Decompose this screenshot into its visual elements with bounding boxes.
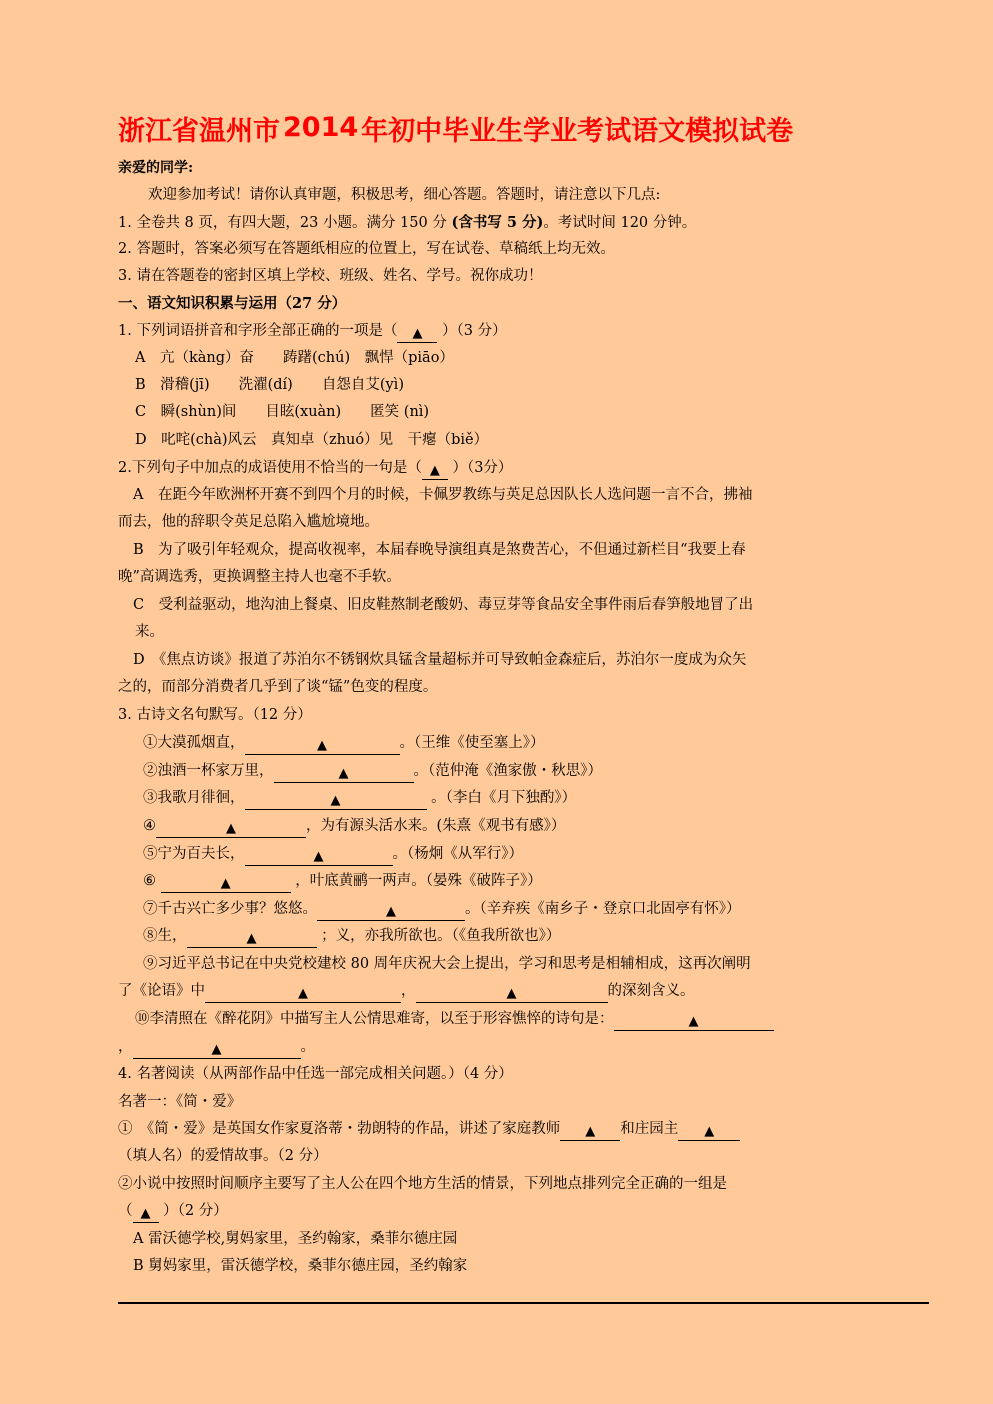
q3-item-9-line1: ⑨习近平总书记在中央党校建校 80 周年庆祝大会上提出，学习和思考是相辅相成，这… — [143, 951, 751, 978]
q3-item-4-text: ④ — [143, 818, 156, 834]
q4-sub1-line2: （填人名）的爱情故事。（2 分） — [118, 1143, 328, 1170]
q3-item-9-comma: ， — [401, 983, 416, 999]
q3-item-9-line2: 了《论语》中▲，▲的深刻含义。 — [118, 978, 695, 1005]
q3-item-3-source: 。（李白《月下独酌》） — [427, 790, 577, 806]
q2-option-b-line1: B 为了吸引年轻观众，提高收视率，本届春晚导演组真是煞费苦心，不但通过新栏目“我… — [133, 537, 746, 564]
note-1-text: 1. 全卷共 8 页，有四大题，23 小题。满分 150 分 — [118, 215, 447, 231]
q1-option-b: B 滑稽(jī) 洗濯(dí) 自怨自艾(yì) — [135, 372, 404, 399]
footer-divider — [118, 1302, 929, 1304]
title-prefix: 浙江省温州市 — [118, 116, 280, 147]
q3-item-2-text: ②浊酒一杯家万里， — [143, 763, 274, 779]
q2-stem-text: 2.下列句子中加点的成语使用不恰当的一句是（ — [118, 460, 422, 476]
q2-option-b-line2: 晚”高调选秀，更换调整主持人也毫不手软。 — [118, 564, 401, 591]
q4-sub2-answer-blank[interactable]: ▲ — [133, 1202, 159, 1223]
q4-sub1-blank-2[interactable]: ▲ — [678, 1120, 740, 1141]
q3-item-8-text: ⑧生， — [143, 928, 187, 944]
triangle-marker-icon: ▲ — [212, 1042, 222, 1057]
triangle-marker-icon: ▲ — [704, 1124, 714, 1139]
q3-item-9-tail: 的深刻含义。 — [608, 983, 695, 999]
q2-option-d-line1: D 《焦点访谈》报道了苏泊尔不锈钢炊具锰含量超标并可导致帕金森症后，苏泊尔一度成… — [133, 647, 746, 674]
q3-item-8-blank[interactable]: ▲ — [187, 927, 317, 948]
q3-item-3-blank[interactable]: ▲ — [245, 789, 427, 810]
triangle-marker-icon: ▲ — [317, 738, 327, 753]
q3-item-1: ①大漠孤烟直，▲。（王维《使至塞上》） — [143, 730, 545, 757]
q3-item-10-blank-2[interactable]: ▲ — [133, 1038, 301, 1059]
q3-item-9-blank-2[interactable]: ▲ — [416, 982, 608, 1003]
q4-work1-title: 名著一：《简・爱》 — [118, 1089, 241, 1116]
exam-page: 浙江省温州市2014年初中毕业生学业考试语文模拟试卷 亲爱的同学: 欢迎参加考试… — [0, 0, 993, 1404]
q2-option-d-line2: 之的，而部分消费者几乎到了谈“锰”色变的程度。 — [118, 674, 437, 701]
note-2: 2. 答题时，答案必须写在答题纸相应的位置上，写在试卷、草稿纸上均无效。 — [118, 236, 615, 263]
note-3: 3. 请在答题卷的密封区填上学校、班级、姓名、学号。祝你成功！ — [118, 263, 542, 290]
triangle-marker-icon: ▲ — [226, 821, 236, 836]
q4-stem: 4. 名著阅读（从两部作品中任选一部完成相关问题。）（4 分） — [118, 1061, 513, 1088]
q3-item-2-source: 。（范仲淹《渔家傲・秋思》） — [414, 763, 603, 779]
q4-sub1-text: ① 《简・爱》是英国女作家夏洛蒂・勃朗特的作品，讲述了家庭教师 — [118, 1121, 560, 1137]
triangle-marker-icon: ▲ — [221, 876, 231, 891]
q4-sub1-blank-1[interactable]: ▲ — [560, 1120, 620, 1141]
q3-item-7-text: ⑦千古兴亡多少事？悠悠。 — [143, 901, 317, 917]
q4-sub2-option-a: A 雷沃德学校,舅妈家里，圣约翰家，桑菲尔德庄园 — [133, 1226, 457, 1253]
q4-sub2-line1: ②小说中按照时间顺序主要写了主人公在四个地方生活的情景，下列地点排列完全正确的一… — [118, 1171, 727, 1198]
title-year: 2014 — [283, 112, 358, 143]
triangle-marker-icon: ▲ — [314, 849, 324, 864]
triangle-marker-icon: ▲ — [412, 326, 422, 341]
q3-item-8-source: ；义，亦我所欲也。（《鱼我所欲也》） — [317, 928, 561, 944]
q3-stem: 3. 古诗文名句默写。（12 分） — [118, 702, 312, 729]
greeting: 亲爱的同学: — [118, 155, 193, 182]
q4-sub1-line1: ① 《简・爱》是英国女作家夏洛蒂・勃朗特的作品，讲述了家庭教师▲和庄园主▲ — [118, 1116, 740, 1143]
q3-item-6-source: ，叶底黄鹂一两声。（晏殊《破阵子》） — [291, 873, 542, 889]
q3-item-1-source: 。（王维《使至塞上》） — [400, 735, 545, 751]
triangle-marker-icon: ▲ — [585, 1124, 595, 1139]
q3-item-3: ③我歌月徘徊，▲ 。（李白《月下独酌》） — [143, 785, 576, 812]
q1-answer-blank[interactable]: ▲ — [397, 322, 437, 343]
q3-item-8: ⑧生，▲ ；义，亦我所欲也。（《鱼我所欲也》） — [143, 923, 560, 950]
q3-item-7-source: 。（辛弃疾《南乡子・登京口北固亭有怀》） — [465, 901, 741, 917]
q3-item-7: ⑦千古兴亡多少事？悠悠。▲。（辛弃疾《南乡子・登京口北固亭有怀》） — [143, 896, 741, 923]
q3-item-2-blank[interactable]: ▲ — [274, 762, 414, 783]
q3-item-9-blank-1[interactable]: ▲ — [205, 982, 401, 1003]
q4-sub2-option-b: B 舅妈家里，雷沃德学校，桑菲尔德庄园，圣约翰家 — [133, 1253, 467, 1280]
q1-score: ）（3 分） — [442, 323, 507, 339]
q3-item-4-source: ，为有源头活水来。(朱熹《观书有感》） — [306, 818, 565, 834]
q3-item-9-text: 了《论语》中 — [118, 983, 205, 999]
q1-option-d: D 叱咤(chà)风云 真知卓（zhuó）见 干瘪（biě） — [135, 427, 488, 454]
q3-item-4: ④▲，为有源头活水来。(朱熹《观书有感》） — [143, 813, 565, 840]
q4-sub2-line2: （▲ ）（2 分） — [118, 1198, 228, 1225]
q1-option-c: C 瞬(shùn)间 目眩(xuàn) 匿笑 (nì) — [135, 399, 429, 426]
note-1-tail: 。考试时间 120 分钟。 — [543, 215, 696, 231]
q3-item-10-blank-1[interactable]: ▲ — [614, 1010, 774, 1031]
q3-item-2: ②浊酒一杯家万里，▲。（范仲淹《渔家傲・秋思》） — [143, 758, 602, 785]
q3-item-3-text: ③我歌月徘徊， — [143, 790, 245, 806]
triangle-marker-icon: ▲ — [331, 793, 341, 808]
q3-item-1-text: ①大漠孤烟直， — [143, 735, 245, 751]
q1-stem: 1. 下列词语拼音和字形全部正确的一项是（▲ ）（3 分） — [118, 318, 507, 345]
triangle-marker-icon: ▲ — [339, 766, 349, 781]
q3-item-1-blank[interactable]: ▲ — [245, 734, 400, 755]
q3-item-10-comma: ， — [118, 1039, 133, 1055]
q3-item-5-blank[interactable]: ▲ — [245, 845, 393, 866]
q3-item-5-text: ⑤宁为百夫长， — [143, 846, 245, 862]
q2-option-c-line1: C 受利益驱动，地沟油上餐桌、旧皮鞋熬制老酸奶、毒豆芽等食品安全事件雨后春笋般地… — [133, 592, 753, 619]
q3-item-6-text: ⑥ — [143, 873, 161, 889]
q4-sub2-score: ）（2 分） — [163, 1203, 228, 1219]
note-1: 1. 全卷共 8 页，有四大题，23 小题。满分 150 分 (含书写 5 分)… — [118, 209, 696, 237]
title-suffix: 年初中毕业生学业考试语文模拟试卷 — [361, 116, 793, 147]
q1-stem-text: 1. 下列词语拼音和字形全部正确的一项是（ — [118, 323, 397, 339]
intro-text: 欢迎参加考试！请你认真审题，积极思考，细心答题。答题时，请注意以下几点: — [148, 182, 660, 209]
triangle-marker-icon: ▲ — [430, 463, 440, 478]
q4-sub2-paren: （ — [118, 1203, 133, 1219]
q3-item-10-tail: 。 — [301, 1039, 316, 1055]
q2-option-c-line2: 来。 — [135, 619, 164, 646]
triangle-marker-icon: ▲ — [247, 931, 257, 946]
triangle-marker-icon: ▲ — [386, 904, 396, 919]
q3-item-5-source: 。（杨炯《从军行》） — [393, 846, 524, 862]
q2-stem: 2.下列句子中加点的成语使用不恰当的一句是（▲ ）（3分） — [118, 455, 512, 482]
triangle-marker-icon: ▲ — [507, 986, 517, 1001]
q2-option-a-line2: 而去，他的辞职令英足总陷入尴尬境地。 — [118, 509, 379, 536]
q3-item-4-blank[interactable]: ▲ — [156, 817, 306, 838]
note-1-bold: (含书写 5 分) — [451, 214, 543, 231]
q4-sub1-mid: 和庄园主 — [620, 1121, 678, 1137]
triangle-marker-icon: ▲ — [298, 986, 308, 1001]
triangle-marker-icon: ▲ — [689, 1014, 699, 1029]
q1-option-a: A 亢（kàng）奋 踌躇(chú) 飘悍（piāo） — [135, 345, 454, 372]
q3-item-10-line2: ，▲。 — [118, 1034, 315, 1061]
q2-option-a-line1: A 在距今年欧洲杯开赛不到四个月的时候，卡佩罗教练与英足总因队长人选问题一言不合… — [133, 482, 752, 509]
q3-item-7-blank[interactable]: ▲ — [317, 900, 465, 921]
q2-answer-blank[interactable]: ▲ — [422, 459, 448, 480]
q3-item-6-blank[interactable]: ▲ — [161, 872, 291, 893]
exam-title: 浙江省温州市2014年初中毕业生学业考试语文模拟试卷 — [118, 112, 878, 152]
q3-item-10-line1: ⑩李清照在《醉花阴》中描写主人公情思难寄，以至于形容憔悴的诗句是：▲ — [135, 1006, 774, 1033]
q3-item-5: ⑤宁为百夫长，▲。（杨炯《从军行》） — [143, 841, 523, 868]
q3-item-6: ⑥ ▲ ，叶底黄鹂一两声。（晏殊《破阵子》） — [143, 868, 542, 895]
section-1-heading: 一、语文知识积累与运用（27 分） — [118, 290, 346, 317]
q2-score: ）（3分） — [452, 460, 512, 476]
triangle-marker-icon: ▲ — [141, 1206, 151, 1221]
q3-item-10-text: ⑩李清照在《醉花阴》中描写主人公情思难寄，以至于形容憔悴的诗句是： — [135, 1011, 614, 1027]
